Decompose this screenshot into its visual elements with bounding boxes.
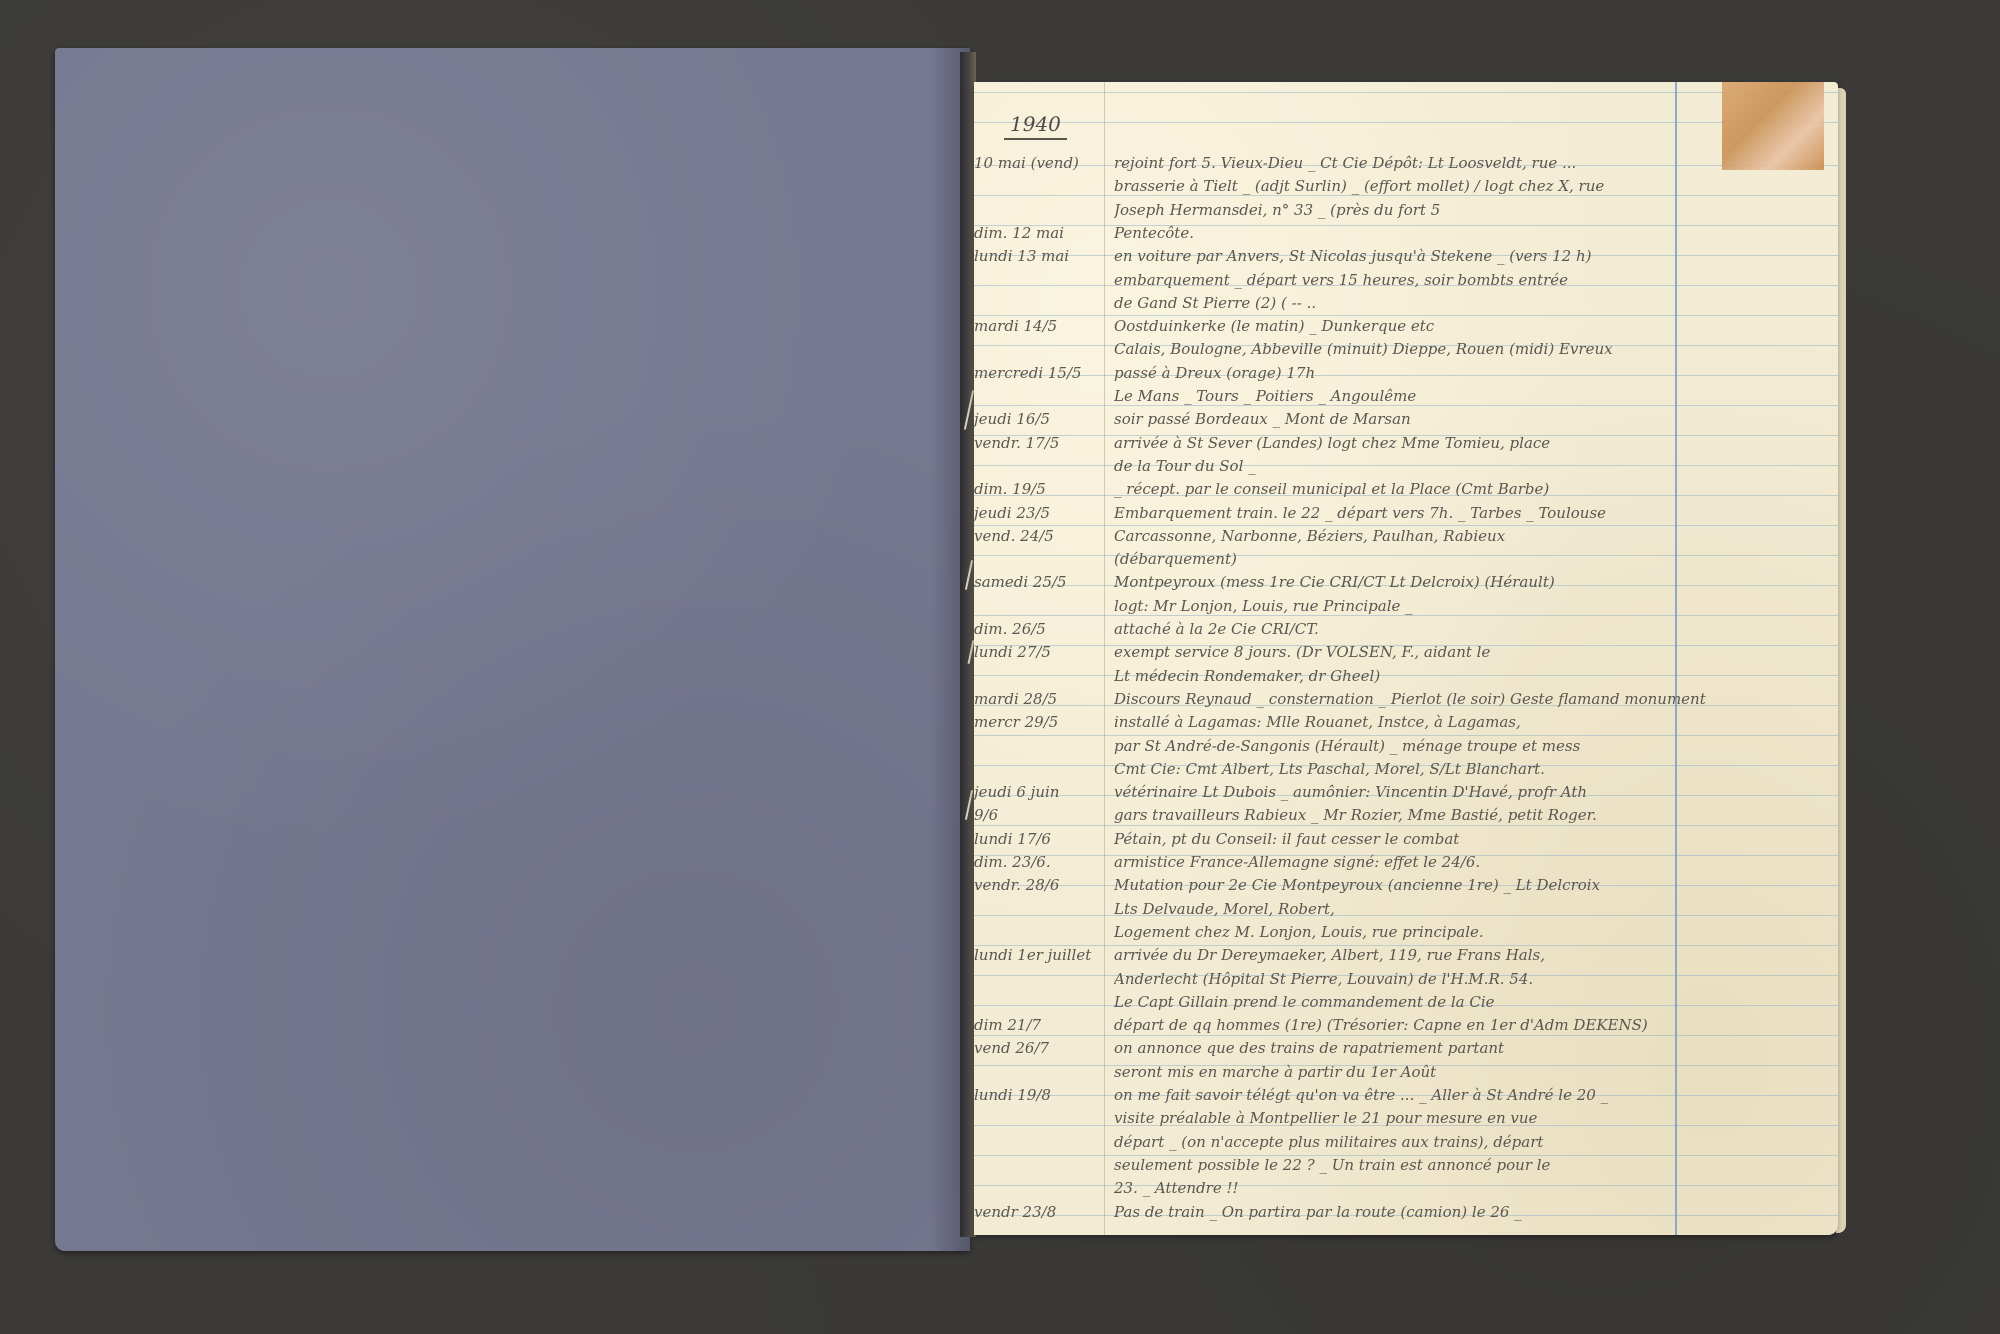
entry-date: mardi 28/5 bbox=[974, 690, 1100, 708]
entry-text: Pas de train _ On partira par la route (… bbox=[1114, 1203, 1814, 1221]
entry-text: brasserie à Tielt _ (adjt Surlin) _ (eff… bbox=[1114, 177, 1814, 195]
entry-text: rejoint fort 5. Vieux-Dieu _ Ct Cie Dépô… bbox=[1114, 154, 1814, 172]
entry-text: logt: Mr Lonjon, Louis, rue Principale _ bbox=[1114, 597, 1814, 615]
entry-text: (débarquement) bbox=[1114, 550, 1814, 568]
entry-text: Le Mans _ Tours _ Poitiers _ Angoulême bbox=[1114, 387, 1814, 405]
entry-date: jeudi 16/5 bbox=[974, 410, 1100, 428]
entry-date: mercredi 15/5 bbox=[974, 364, 1100, 382]
entry-text: Mutation pour 2e Cie Montpeyroux (ancien… bbox=[1114, 876, 1814, 894]
entry-text: exempt service 8 jours. (Dr VOLSEN, F., … bbox=[1114, 643, 1814, 661]
entry-text: Lt médecin Rondemaker, dr Gheel) bbox=[1114, 667, 1814, 685]
entry-text: on annonce que des trains de rapatriemen… bbox=[1114, 1039, 1814, 1057]
entry-text: 23. _ Attendre !! bbox=[1114, 1179, 1814, 1197]
entry-text: de la Tour du Sol _ bbox=[1114, 457, 1814, 475]
entry-text: départ _ (on n'accepte plus militaires a… bbox=[1114, 1133, 1814, 1151]
entry-date: vendr. 17/5 bbox=[974, 434, 1100, 452]
entry-text: visite préalable à Montpellier le 21 pou… bbox=[1114, 1109, 1814, 1127]
entry-date: vendr 23/8 bbox=[974, 1203, 1100, 1221]
entry-text: seront mis en marche à partir du 1er Aoû… bbox=[1114, 1063, 1814, 1081]
entry-text: Anderlecht (Hôpital St Pierre, Louvain) … bbox=[1114, 970, 1814, 988]
entry-date: jeudi 6 juin bbox=[974, 783, 1100, 801]
entry-date: 10 mai (vend) bbox=[974, 154, 1100, 172]
entry-date: mercr 29/5 bbox=[974, 713, 1100, 731]
entry-text: de Gand St Pierre (2) ( -- .. bbox=[1114, 294, 1814, 312]
entry-text: Carcassonne, Narbonne, Béziers, Paulhan,… bbox=[1114, 527, 1814, 545]
entry-date: vendr. 28/6 bbox=[974, 876, 1100, 894]
entry-text: par St André-de-Sangonis (Hérault) _ mén… bbox=[1114, 737, 1814, 755]
entry-text: attaché à la 2e Cie CRI/CT. bbox=[1114, 620, 1814, 638]
entry-text: embarquement _ départ vers 15 heures, so… bbox=[1114, 271, 1814, 289]
entry-date: lundi 19/8 bbox=[974, 1086, 1100, 1104]
entry-date: vend 26/7 bbox=[974, 1039, 1100, 1057]
entry-text: gars travailleurs Rabieux _ Mr Rozier, M… bbox=[1114, 806, 1814, 824]
entry-date: lundi 17/6 bbox=[974, 830, 1100, 848]
entry-date: lundi 1er juillet bbox=[974, 946, 1100, 964]
entry-date: jeudi 23/5 bbox=[974, 504, 1100, 522]
entry-date: 9/6 bbox=[974, 806, 1100, 824]
entry-text: Embarquement train. le 22 _ départ vers … bbox=[1114, 504, 1814, 522]
entry-text: soir passé Bordeaux _ Mont de Marsan bbox=[1114, 410, 1814, 428]
entry-text: Discours Reynaud _ consternation _ Pierl… bbox=[1114, 690, 1814, 708]
entry-text: Cmt Cie: Cmt Albert, Lts Paschal, Morel,… bbox=[1114, 760, 1814, 778]
entry-text: armistice France-Allemagne signé: effet … bbox=[1114, 853, 1814, 871]
entry-date: vend. 24/5 bbox=[974, 527, 1100, 545]
entry-date: dim 21/7 bbox=[974, 1016, 1100, 1034]
entry-text: Pentecôte. bbox=[1114, 224, 1814, 242]
entry-text: Oostduinkerke (le matin) _ Dunkerque etc bbox=[1114, 317, 1814, 335]
entry-text: en voiture par Anvers, St Nicolas jusqu'… bbox=[1114, 247, 1814, 265]
entry-text: seulement possible le 22 ? _ Un train es… bbox=[1114, 1156, 1814, 1174]
entry-text: arrivée du Dr Dereymaeker, Albert, 119, … bbox=[1114, 946, 1814, 964]
entry-text: passé à Dreux (orage) 17h bbox=[1114, 364, 1814, 382]
entry-text: installé à Lagamas: Mlle Rouanet, Instce… bbox=[1114, 713, 1814, 731]
entry-text: _ récept. par le conseil municipal et la… bbox=[1114, 480, 1814, 498]
entry-date: dim. 26/5 bbox=[974, 620, 1100, 638]
entry-date: mardi 14/5 bbox=[974, 317, 1100, 335]
entry-date: lundi 27/5 bbox=[974, 643, 1100, 661]
notebook-page: 1940 10 mai (vend)rejoint fort 5. Vieux-… bbox=[974, 82, 1838, 1235]
entry-text: arrivée à St Sever (Landes) logt chez Mm… bbox=[1114, 434, 1814, 452]
entry-text: Calais, Boulogne, Abbeville (minuit) Die… bbox=[1114, 340, 1814, 358]
entry-text: Lts Delvaude, Morel, Robert, bbox=[1114, 900, 1814, 918]
year-heading: 1940 bbox=[1004, 112, 1067, 140]
entry-text: on me fait savoir télégt qu'on va être .… bbox=[1114, 1086, 1814, 1104]
entry-text: Logement chez M. Lonjon, Louis, rue prin… bbox=[1114, 923, 1814, 941]
entry-text: Joseph Hermansdei, n° 33 _ (près du fort… bbox=[1114, 201, 1814, 219]
notebook-cover bbox=[55, 48, 970, 1251]
entry-date: samedi 25/5 bbox=[974, 573, 1100, 591]
entry-date: dim. 12 mai bbox=[974, 224, 1100, 242]
date-margin-line bbox=[1104, 82, 1105, 1235]
entry-date: dim. 23/6. bbox=[974, 853, 1100, 871]
entry-text: Montpeyroux (mess 1re Cie CRI/CT Lt Delc… bbox=[1114, 573, 1814, 591]
entry-date: dim. 19/5 bbox=[974, 480, 1100, 498]
entry-date: lundi 13 mai bbox=[974, 247, 1100, 265]
entry-text: Le Capt Gillain prend le commandement de… bbox=[1114, 993, 1814, 1011]
entry-text: vétérinaire Lt Dubois _ aumônier: Vincen… bbox=[1114, 783, 1814, 801]
entry-text: Pétain, pt du Conseil: il faut cesser le… bbox=[1114, 830, 1814, 848]
entry-text: départ de qq hommes (1re) (Trésorier: Ca… bbox=[1114, 1016, 1814, 1034]
